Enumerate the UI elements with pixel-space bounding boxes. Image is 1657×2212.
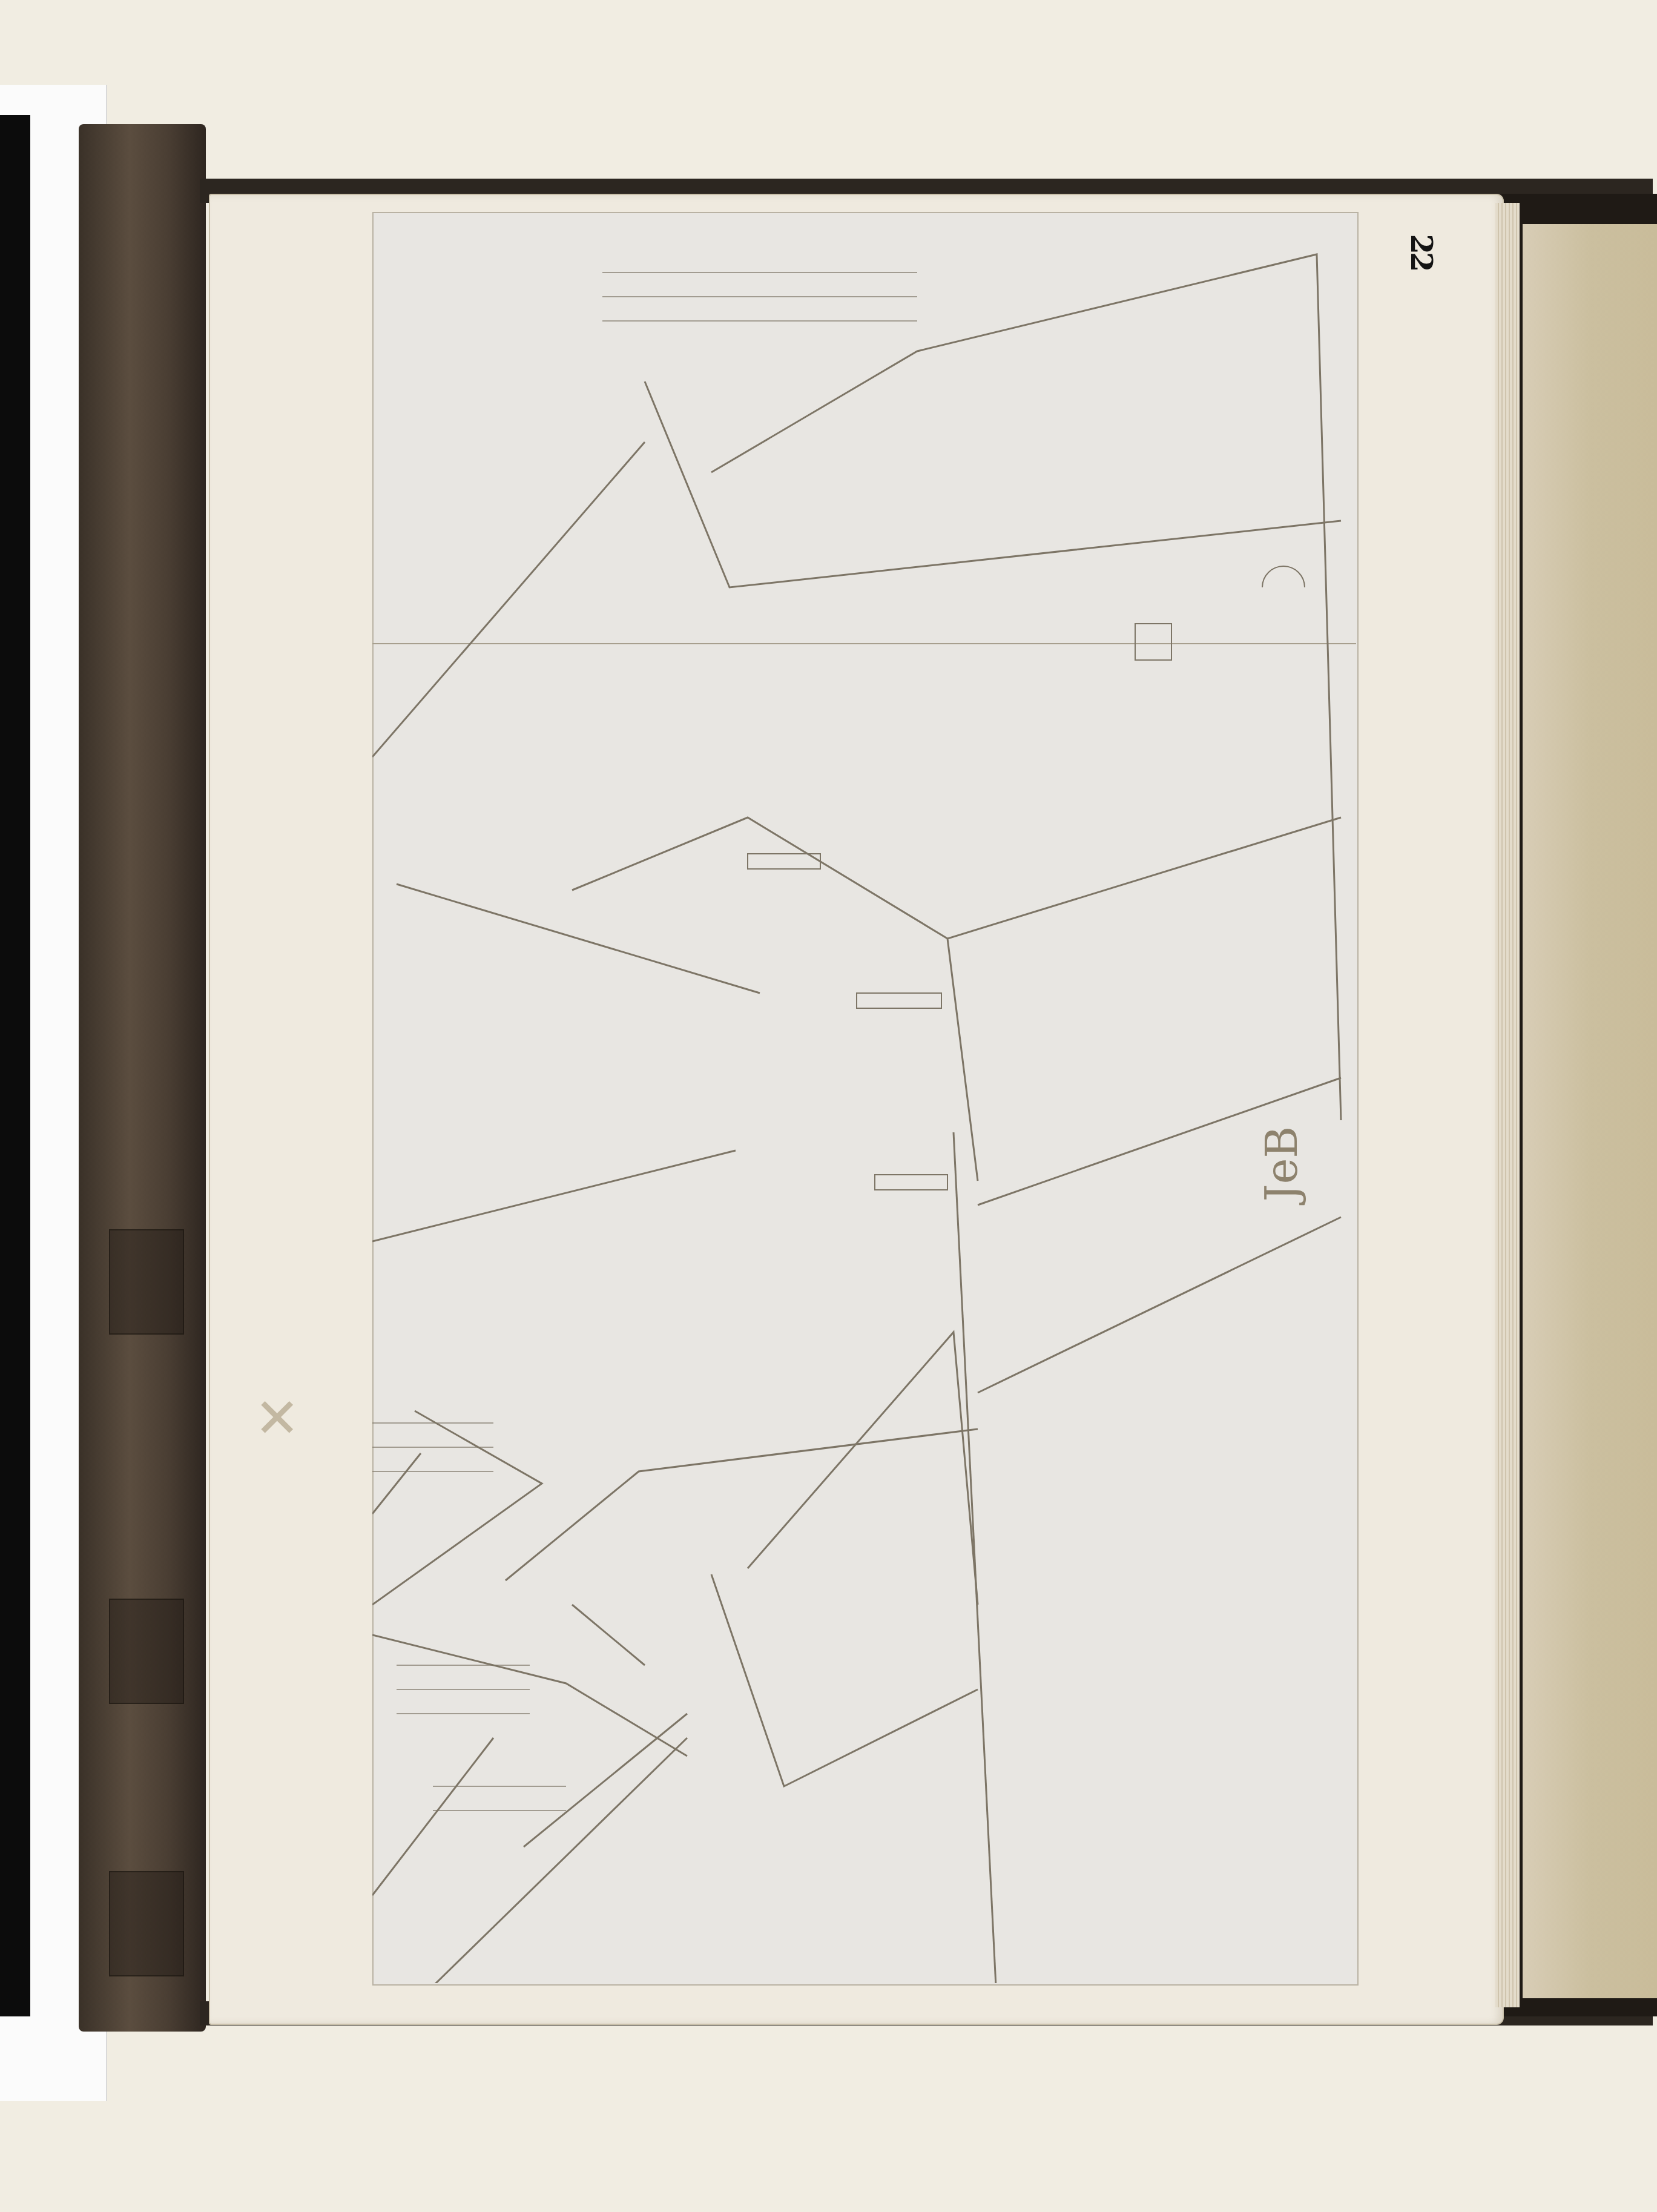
artist-monogram: JeB [1256, 1126, 1307, 1201]
page-edges [1495, 203, 1520, 2007]
spine-drawing-fragment [109, 1871, 184, 1976]
book-spine-left [79, 124, 206, 2032]
spine-drawing-fragment [109, 1599, 184, 1704]
facing-leaf [1523, 224, 1657, 1998]
rooftop-pencil-sketch [372, 212, 1356, 1983]
pencil-cross-mark: ✕ [254, 1387, 300, 1450]
page-number: 22 [1404, 234, 1438, 270]
spine-drawing-fragment [109, 1229, 184, 1335]
color-card-black-patch [0, 115, 30, 2016]
